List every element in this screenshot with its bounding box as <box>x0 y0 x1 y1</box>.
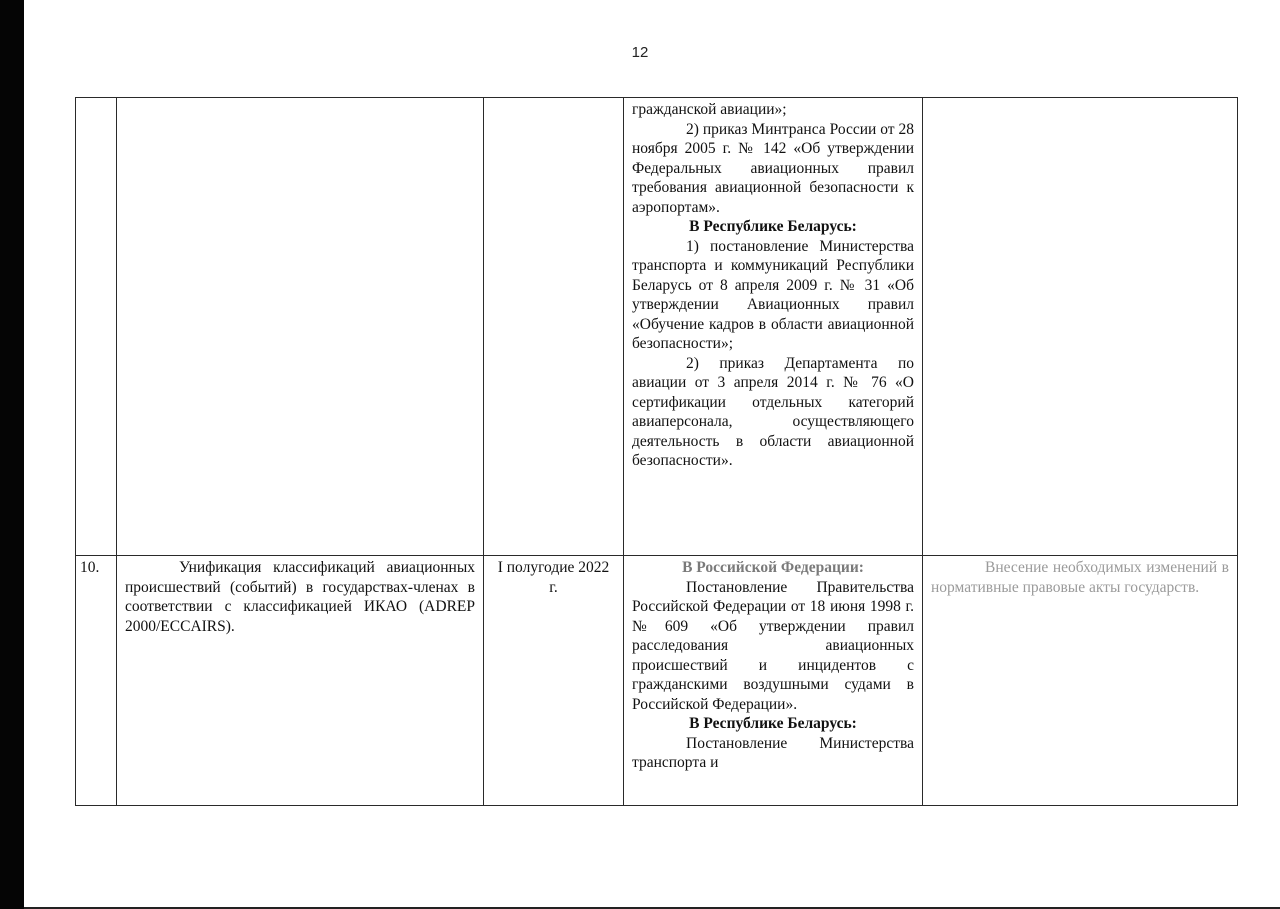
cell-legal-acts: В Российской Федерации: Постановление Пр… <box>624 556 923 806</box>
table-row: 10. Унификация классификаций авиационных… <box>76 556 1238 806</box>
page-number: 12 <box>610 44 670 61</box>
cell-term <box>484 98 624 556</box>
scan-border-left <box>0 0 24 909</box>
act-item: Постановление Министерства транспорта и <box>632 734 914 773</box>
cell-number <box>76 98 117 556</box>
act-item: 1) постановление Министерства транспорта… <box>632 237 914 354</box>
act-item: Постановление Правительства Российской Ф… <box>632 578 914 715</box>
country-heading: В Российской Федерации: <box>632 558 914 578</box>
cell-result <box>923 98 1238 556</box>
task-text: Унификация классификаций авиационных про… <box>125 558 475 636</box>
measures-table: гражданской авиации»; 2) приказ Минтранс… <box>75 97 1238 806</box>
cell-number: 10. <box>76 556 117 806</box>
cell-task: Унификация классификаций авиационных про… <box>117 556 484 806</box>
act-item: 2) приказ Минтранса России от 28 ноября … <box>632 120 914 218</box>
country-heading: В Республике Беларусь: <box>632 714 914 734</box>
country-heading: В Республике Беларусь: <box>632 217 914 237</box>
result-text: Внесение необходимых изменений в нормати… <box>931 558 1229 597</box>
cell-task <box>117 98 484 556</box>
act-text: гражданской авиации»; <box>632 100 914 120</box>
act-item: 2) приказ Департамента по авиации от 3 а… <box>632 354 914 471</box>
table-row-continued: гражданской авиации»; 2) приказ Минтранс… <box>76 98 1238 556</box>
cell-term: I полугодие 2022 г. <box>484 556 624 806</box>
cell-result: Внесение необходимых изменений в нормати… <box>923 556 1238 806</box>
cell-legal-acts: гражданской авиации»; 2) приказ Минтранс… <box>624 98 923 556</box>
